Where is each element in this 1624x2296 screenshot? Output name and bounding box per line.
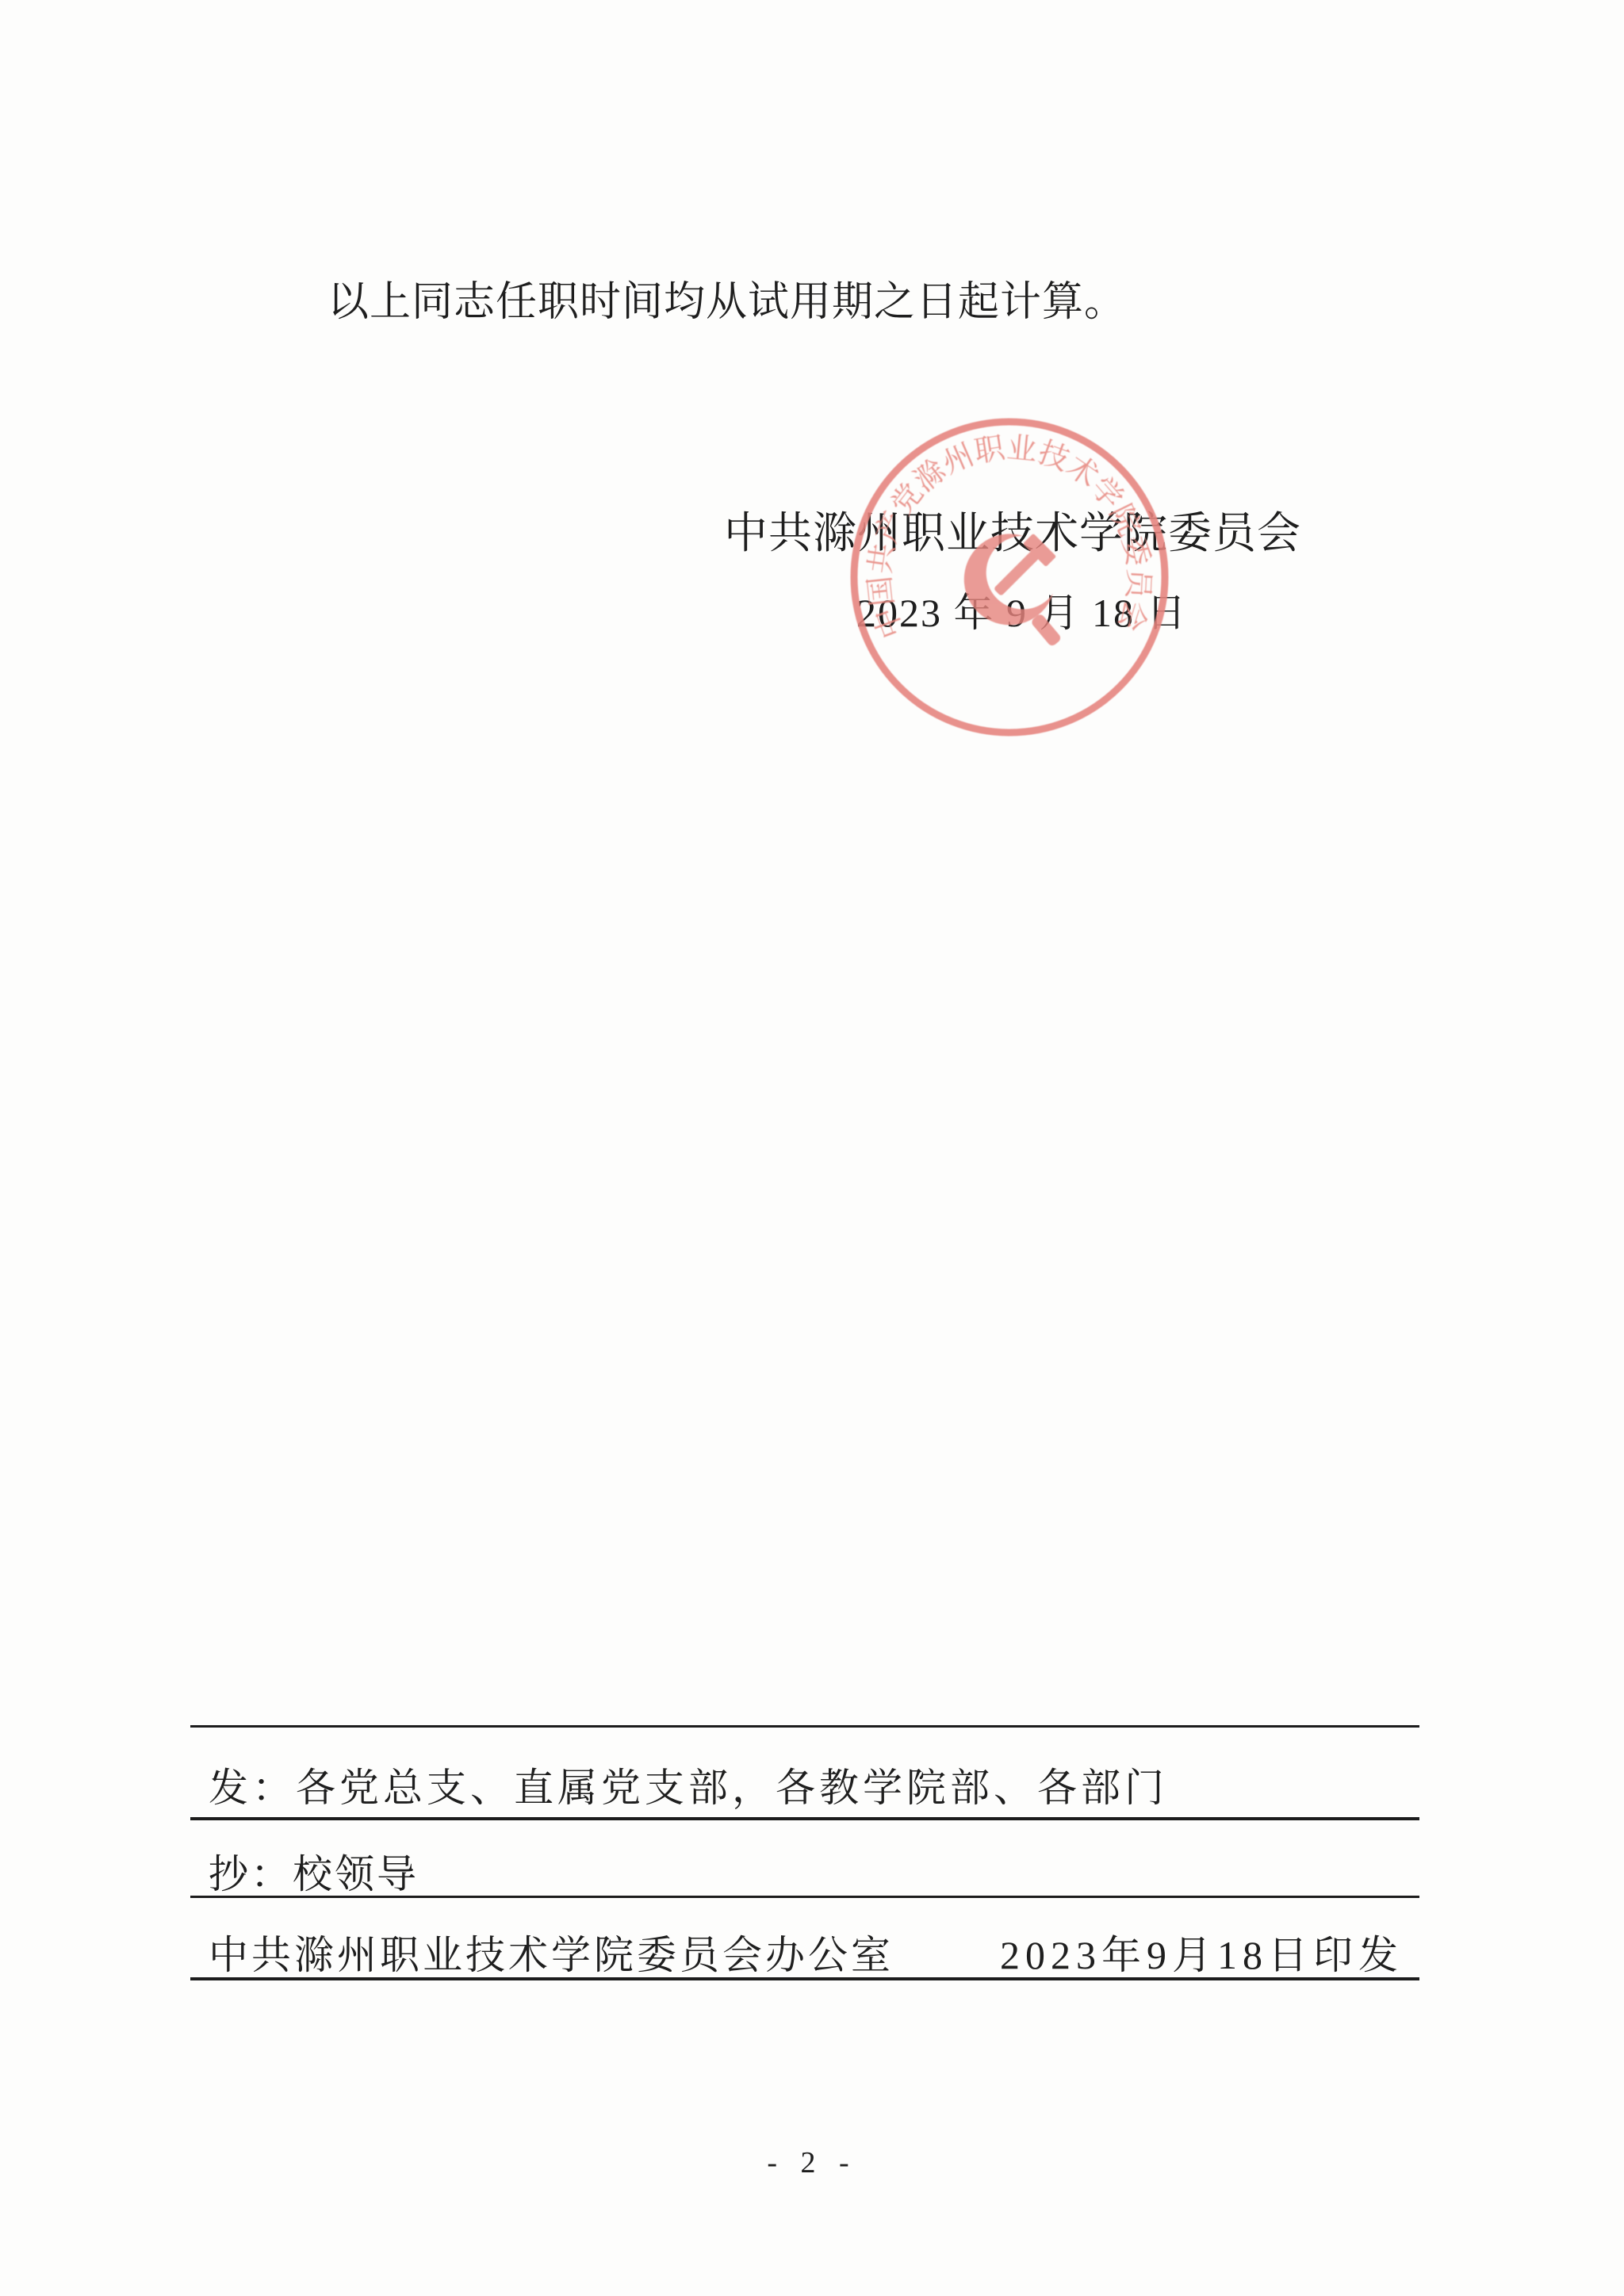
distribution-rule-top	[190, 1725, 1419, 1728]
body-paragraph: 以上同志任职时间均从试用期之日起计算。	[327, 268, 1126, 327]
issuing-office: 中共滁州职业技术学院委员会办公室	[209, 1923, 894, 1980]
distribution-rule-middle-2	[190, 1896, 1419, 1898]
official-seal: 中国共产党滁州职业技术学院委员会	[847, 415, 1172, 740]
distribution-rule-middle-1	[190, 1817, 1419, 1820]
distribution-row-copy: 抄：校领导	[209, 1843, 419, 1900]
party-emblem-icon	[964, 534, 1063, 648]
page-number: - 2 -	[0, 2145, 1624, 2180]
print-date: 2023年9月18日印发	[1000, 1923, 1404, 1980]
document-page: 以上同志任职时间均从试用期之日起计算。 中共滁州职业技术学院委员会 2023 年…	[0, 0, 1624, 2296]
distribution-rule-bottom	[190, 1977, 1419, 1980]
distribution-row-issue: 发：各党总支、直属党支部，各教学院部、各部门	[209, 1756, 1168, 1813]
